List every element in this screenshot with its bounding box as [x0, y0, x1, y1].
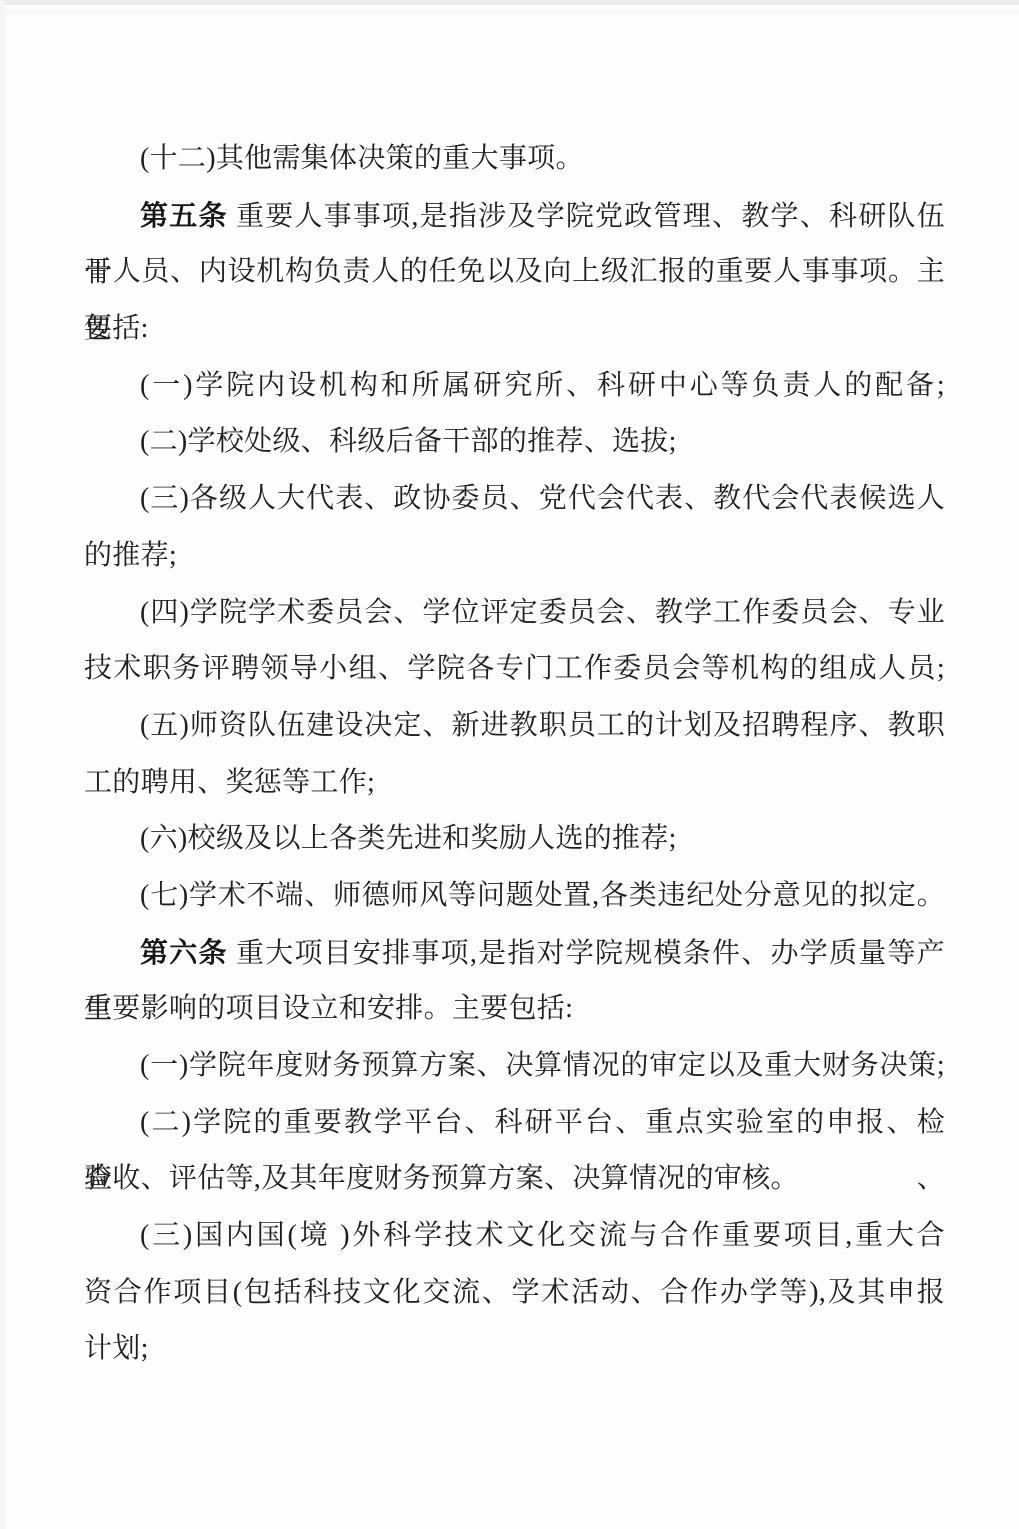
text-line: (十二)其他需集体决策的重大事项。: [84, 131, 945, 188]
photo-edge-shade-top: [0, 0, 1019, 5]
text-line: (一)学院年度财务预算方案、决算情况的审定以及重大财务决策;: [84, 1038, 945, 1095]
text-line: (七)学术不端、师德师风等问题处置,各类违纪处分意见的拟定。: [84, 868, 945, 925]
text-line: 重要影响的项目设立和安排。主要包括:: [84, 981, 945, 1038]
text-line: (三)各级人大代表、政协委员、党代会代表、教代会代表候选人: [84, 471, 945, 528]
text-line: (三)国内国(境 )外科学技术文化交流与合作重要项目,重大合: [84, 1208, 945, 1265]
text-line: 资合作项目(包括科技文化交流、学术活动、合作办学等),及其申报: [84, 1265, 945, 1322]
text-line: (四)学院学术委员会、学位评定委员会、教学工作委员会、专业: [84, 585, 945, 642]
text-line: 包括:: [84, 301, 945, 358]
text-line: 的推荐;: [84, 528, 945, 585]
text-line: (一)学院内设机构和所属研究所、科研中心等负责人的配备;: [84, 358, 945, 415]
text-line: (二)学院的重要教学平台、科研平台、重点实验室的申报、检查、: [84, 1095, 945, 1152]
text-line: (二)学校处级、科级后备干部的推荐、选拔;: [84, 414, 945, 471]
document-page: (十二)其他需集体决策的重大事项。第五条 重要人事事项,是指涉及学院党政管理、教…: [0, 0, 1019, 1529]
text-line: (五)师资队伍建设决定、新进教职员工的计划及招聘程序、教职: [84, 698, 945, 755]
text-line: 计划;: [84, 1321, 945, 1378]
photo-edge-shade-top-secondary: [0, 9, 1019, 14]
text-line: 技术职务评聘领导小组、学院各专门工作委员会等机构的组成人员;: [84, 641, 945, 698]
text-line: 工的聘用、奖惩等工作;: [84, 755, 945, 812]
document-body: (十二)其他需集体决策的重大事项。第五条 重要人事事项,是指涉及学院党政管理、教…: [84, 131, 945, 1378]
text-line: (六)校级及以上各类先进和奖励人选的推荐;: [84, 811, 945, 868]
article-number: 第五条: [140, 200, 228, 231]
text-line: 第六条 重大项目安排事项,是指对学院规模条件、办学质量等产生: [84, 925, 945, 982]
article-number: 第六条: [140, 937, 228, 968]
text-line: 第五条 重要人事事项,是指涉及学院党政管理、教学、科研队伍骨: [84, 188, 945, 245]
photo-edge-shade-left: [0, 0, 5, 1529]
text-line: 干人员、内设机构负责人的任免以及向上级汇报的重要人事事项。主要: [84, 244, 945, 301]
